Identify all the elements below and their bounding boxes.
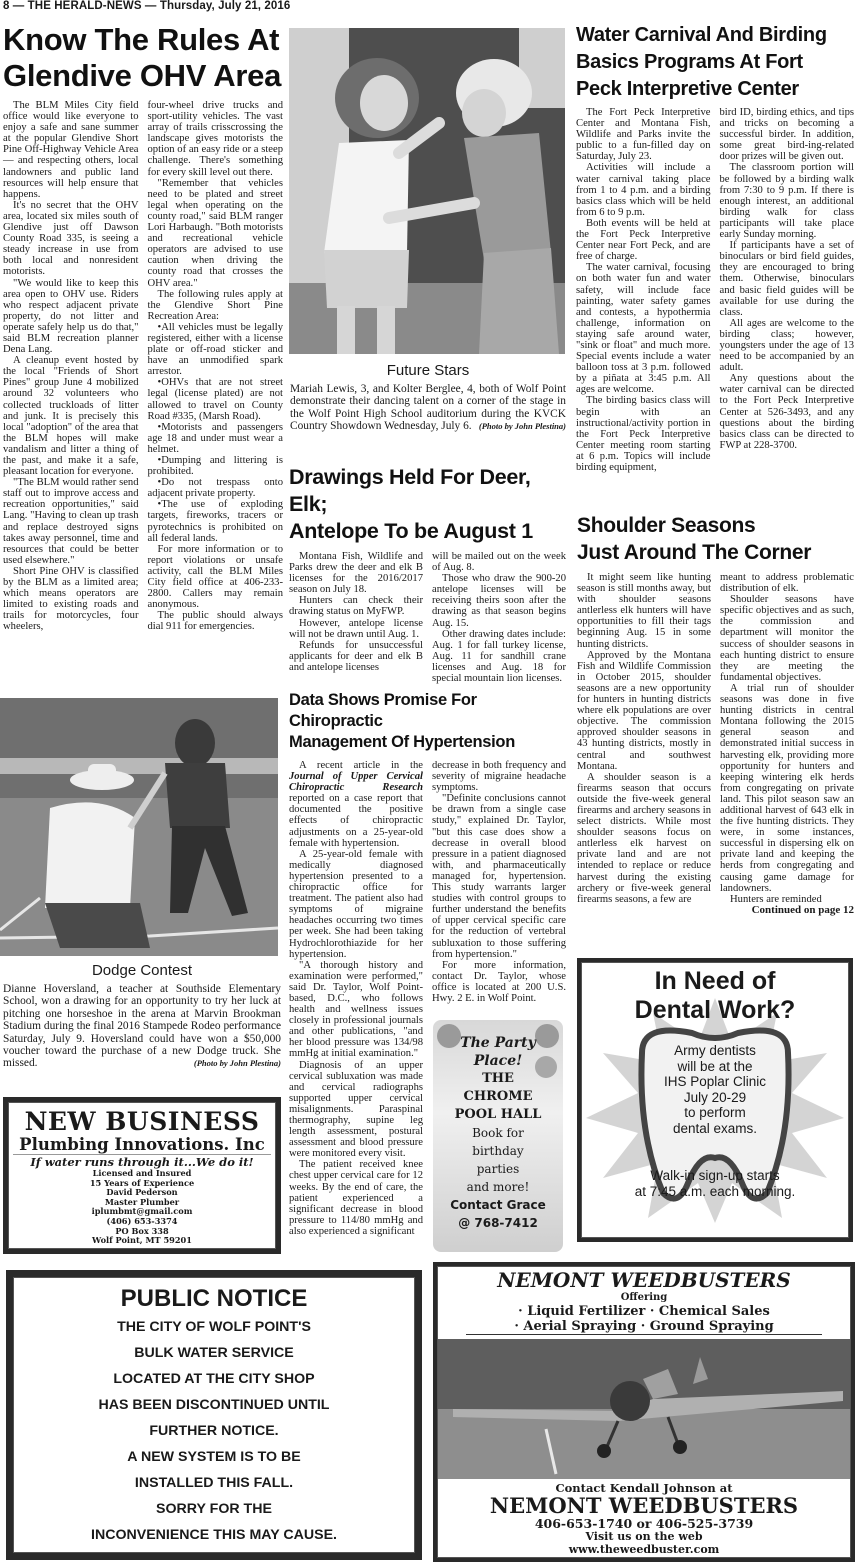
dental-details: Army dentists will be at the IHS Poplar … (582, 1043, 848, 1136)
journal-title: Journal of Upper Cervical Chiropractic R… (289, 771, 423, 793)
drawings-article: Drawings Held For Deer, Elk; Antelope To… (289, 464, 566, 684)
dancing-children-image (289, 28, 565, 354)
shoulder-seasons-col-2: meant to address problematic distributio… (720, 572, 854, 916)
drawings-col-1: Montana Fish, Wildlife and Parks drew th… (289, 551, 423, 684)
continued-link[interactable]: Continued on page 12 (720, 905, 854, 916)
ohv-article: Know The Rules At Glendive OHV Area The … (3, 22, 283, 633)
photo-credit: (Photo by John Plestina) (194, 1057, 281, 1069)
weedbusters-website-link[interactable]: www.theweedbuster.com (438, 1543, 850, 1556)
ohv-col-1: The BLM Miles City field office would li… (3, 100, 139, 633)
chrome-pool-hall-ad: The Party Place! THE CHROME POOL HALL Bo… (433, 1020, 563, 1252)
water-carnival-col-2: bird ID, birding ethics, and tips and tr… (720, 107, 855, 473)
water-carnival-body: The Fort Peck Interpretive Center and Mo… (576, 107, 854, 473)
drawings-headline: Drawings Held For Deer, Elk; Antelope To… (289, 464, 566, 545)
plumbing-innovations-ad: NEW BUSINESS Plumbing Innovations. Inc I… (3, 1097, 281, 1254)
shoulder-seasons-col-1: It might seem like hunting season is sti… (577, 572, 711, 916)
weedbusters-phones: 406-653-1740 or 406-525-3739 (438, 1517, 850, 1531)
shoulder-seasons-headline: Shoulder Seasons Just Around The Corner (577, 512, 854, 566)
chiropractic-headline: Data Shows Promise For Chiropractic Mana… (289, 690, 566, 753)
nemont-weedbusters-ad: NEMONT WEEDBUSTERS Offering · Liquid Fer… (433, 1262, 855, 1562)
ohv-body: The BLM Miles City field office would li… (3, 100, 283, 633)
plumbing-details: Licensed and Insured 15 Years of Experie… (9, 1169, 275, 1246)
dodge-contest-photo (0, 698, 278, 956)
dodge-caption: Dodge Contest Dianne Hoversland, a teach… (3, 962, 281, 1070)
public-notice-body: THE CITY OF WOLF POINT'S BULK WATER SERV… (14, 1314, 414, 1548)
rodeo-arena-image (0, 698, 278, 956)
crop-duster-airplane-image (438, 1339, 850, 1479)
future-stars-caption: Future Stars Mariah Lewis, 3, and Kolter… (290, 362, 566, 433)
chiropractic-col-1: A recent article in the Journal of Upper… (289, 760, 423, 1237)
future-stars-photo (289, 28, 565, 354)
shoulder-seasons-article: Shoulder Seasons Just Around The Corner … (577, 512, 854, 916)
water-carnival-headline: Water Carnival And Birding Basics Progra… (576, 22, 854, 103)
ohv-col-2: four-wheel drive trucks and sport-utilit… (148, 100, 284, 633)
dental-work-ad: In Need of Dental Work? Army dentists wi… (577, 958, 853, 1242)
crop-duster-photo (438, 1339, 850, 1479)
page-folio: 8 — THE HERALD-NEWS — Thursday, July 21,… (3, 0, 290, 12)
party-phone: @ 768-7412 (433, 1214, 563, 1232)
photo-credit: (Photo by John Plestina) (479, 420, 566, 432)
water-carnival-col-1: The Fort Peck Interpretive Center and Mo… (576, 107, 711, 473)
drawings-col-2: will be mailed out on the week of Aug. 8… (432, 551, 566, 684)
public-notice-ad: PUBLIC NOTICE THE CITY OF WOLF POINT'S B… (6, 1270, 422, 1560)
water-carnival-article: Water Carnival And Birding Basics Progra… (576, 22, 854, 473)
shoulder-seasons-body: It might seem like hunting season is sti… (577, 572, 854, 916)
drawings-body: Montana Fish, Wildlife and Parks drew th… (289, 551, 566, 684)
ohv-headline: Know The Rules At Glendive OHV Area (3, 22, 283, 94)
